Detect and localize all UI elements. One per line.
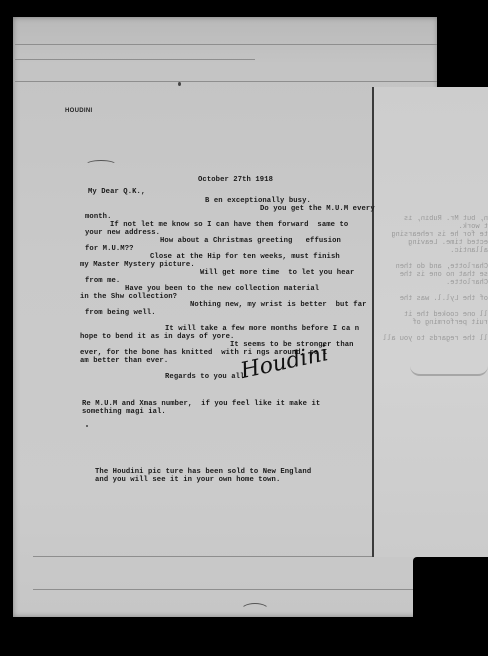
letter-line: hope to bend it as in days of yore. [80,333,234,342]
postscript-line: and you will see it in your own home tow… [95,476,280,485]
letter-line: in the Shw collection? [80,293,177,302]
paper-crease [85,160,117,170]
letter-line: How about a Christmas greeting effusion [160,237,341,246]
letter-line: am better than ever. [80,357,168,366]
scan-background [413,557,488,656]
letter-line: your new address. [85,229,160,238]
ruled-line [33,556,373,557]
letter-line: Will get more time to let you hear [200,269,354,278]
postscript-line: something magi ial. [82,408,166,417]
letter-line: Regards to you all [165,373,244,382]
bleed-through-text: n, but Mr. Rubin, is t work. te for he i… [380,215,488,343]
ruled-line [33,589,433,590]
scan-background [437,0,488,87]
ruled-line [15,81,438,82]
ruled-line [15,59,255,60]
letter-line: from me. [85,277,120,286]
speck [178,82,181,86]
letter-line: from being well. [85,309,156,318]
letter-line: Do you get the M.U.M every [260,205,375,214]
speck [86,425,88,427]
letter-line: Nothing new, my wrist is better but far [190,301,367,310]
letter-line: my Master Mystery picture. [80,261,195,270]
letter-line: month. [85,213,111,222]
letter-date: October 27th 1918 [198,176,273,185]
ruled-line [15,44,438,45]
letterhead: HOUDINI [65,108,92,114]
salutation: My Dear Q.K., [88,188,145,197]
letter-line: for M.U.M?? [85,245,134,254]
paper-crease [240,603,270,619]
bleed-through-signature [410,360,488,376]
